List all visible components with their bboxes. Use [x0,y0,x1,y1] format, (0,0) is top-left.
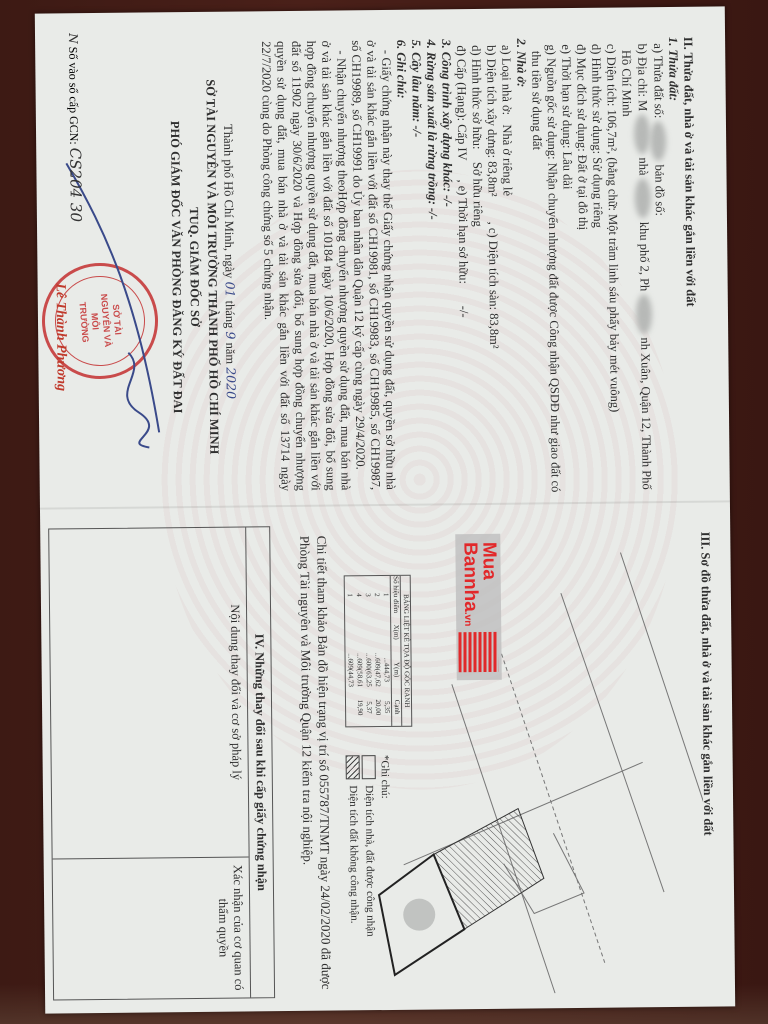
coord-cell: 3 [363,576,372,614]
coord-row: 3...600(63,255,37 [363,576,374,726]
coord-row: 1...444,735,35 [381,576,392,726]
coord-cell: 1 [381,576,390,614]
section-4-title: IV. Những thay đổi sau khi cấp giấy chứn… [245,527,274,997]
coord-col-header: Y(m) [391,651,400,689]
muabannha-watermark-logo: Mua Bannha.vn [455,534,502,681]
coord-cell [372,614,381,652]
section-3-panel: III. Sơ đồ thửa đất, nhà ở và tài sản kh… [40,511,735,1008]
coord-cell [363,614,372,652]
authority-line-2: TUQ. GIÁM ĐỐC SỞ [184,32,204,502]
redacted-blur [636,294,652,334]
coord-cell [346,689,355,727]
recognized-area-swatch [361,755,375,779]
authority-confirmation-column: Xác nhận của cơ quan có thẩm quyền [53,858,250,1000]
coord-cell [354,614,363,652]
coord-cell [381,613,390,651]
coord-cell: ...609(44,73 [345,651,354,689]
coord-cell: 20,00 [373,689,382,727]
signer-name: Lê Thành Phương [53,283,69,391]
note-replacement: - Giấy chứng nhận này thay thế Giấy chứn… [348,40,398,490]
coord-cell: 19,90 [355,689,364,727]
registry-number: N Số vào sổ cấp GCN: CS204 30 [65,33,85,222]
changes-content-column: Nội dung thay đổi và cơ sở pháp lý [49,527,248,859]
coord-cell: ...609(47,62 [372,651,381,689]
coord-col-header: X(m) [391,613,400,651]
redacted-blur [634,179,650,219]
redacted-blur [634,114,650,154]
section-2-panel: II. Thửa đất, nhà ở và tài sản khác gắn … [35,6,730,503]
parcel-diagram [370,532,705,995]
coord-col-header: Cạnh [392,688,401,726]
changes-table: IV. Những thay đổi sau khi cấp giấy chứn… [48,526,275,1000]
coord-cell [345,614,354,652]
coordinate-table: BẢNG LIỆT KÊ TỌA ĐỘ GÓC RANH Số hiệu điể… [344,575,413,728]
place-date-line: Thành phố Hồ Chí Minh, ngày 01 tháng 9 n… [219,42,240,482]
reference-note: Chi tiết tham khảo Bản đồ hiện trạng vị … [296,536,335,996]
coord-row: 1...609(44,73 [345,576,356,726]
coord-cell: 2 [372,576,381,614]
note-transfer: - Nhận chuyển nhượng theoHợp đồng chuyển… [258,40,353,491]
unrecognized-area-swatch [345,755,359,779]
coord-cell: 4 [354,576,363,614]
coord-cell: ...609(58,61 [354,651,363,689]
building-logo-icon [459,632,499,672]
coord-cell: 5,35 [382,688,391,726]
coord-cell: ...444,73 [381,651,390,689]
certificate-sheet-rotated: II. Thửa đất, nhà ở và tài sản khác gắn … [35,6,735,1013]
coord-row: 2...609(47,6220,00 [372,576,383,726]
redacted-blur [650,121,666,161]
coord-col-header: Số hiệu điểm [391,576,400,614]
coord-cell: 1 [345,576,354,614]
coordinate-rows: Số hiệu điểmX(m)Y(m)Cạnh1...444,735,352.… [345,576,402,727]
land-certificate-page: II. Thửa đất, nhà ở và tài sản khác gắn … [35,6,735,1013]
coord-cell: 5,37 [364,689,373,727]
coord-cell: ...600(63,25 [363,651,372,689]
coord-row: 4...609(58,6119,90 [354,576,365,726]
diagram-legend: *Ghi chú: Diện tích nhà, đất được công n… [345,755,395,937]
